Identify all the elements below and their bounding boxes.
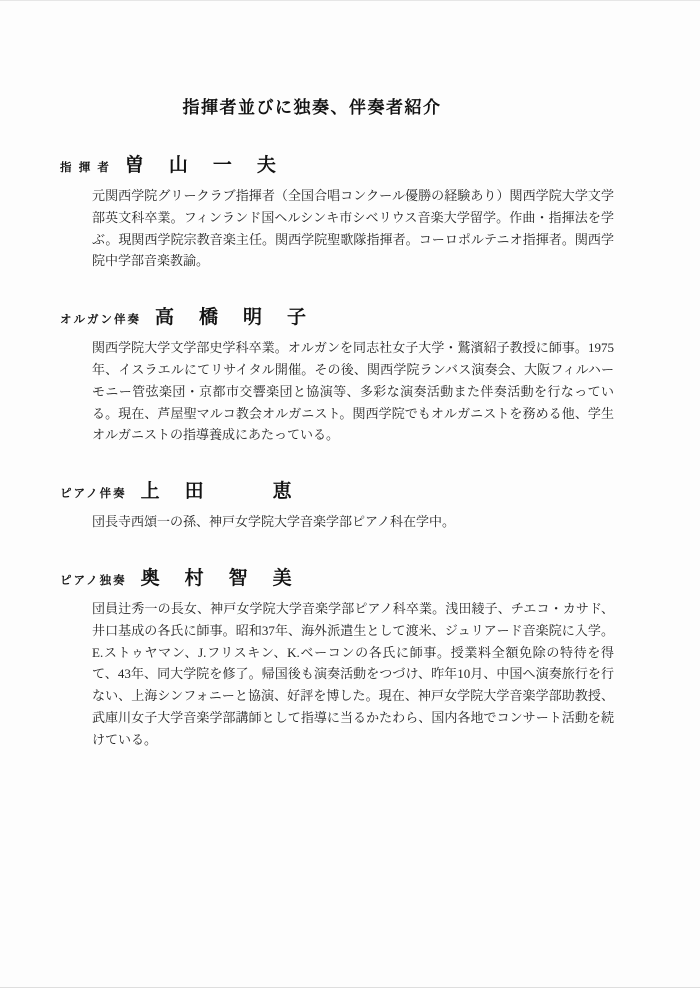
bio-piano-soloist: 団員辻秀一の長女、神戸女学院大学音楽学部ピアノ科卒業。浅田綾子、チエコ・カサド、… (92, 598, 614, 751)
person-name-takahashi-akiko: 高 橋 明 子 (155, 302, 309, 329)
section-piano-soloist: ピアノ独奏 奥 村 智 美 団員辻秀一の長女、神戸女学院大学音楽学部ピアノ科卒業… (60, 563, 640, 751)
section-conductor: 指 揮 者 曽 山 一 夫 元関西学院グリークラブ指揮者（全国合唱コンクール優勝… (60, 150, 640, 272)
bio-conductor: 元関西学院グリークラブ指揮者（全国合唱コンクール優勝の経験あり）関西学院大学文学… (92, 185, 614, 272)
page-title: 指揮者並びに独奏、伴奏者紹介 (60, 93, 564, 118)
role-label-conductor: 指 揮 者 (60, 159, 111, 175)
section-heading: オルガン伴奏 高 橋 明 子 (60, 302, 640, 329)
section-heading: ピアノ伴奏 上 田 恵 (60, 476, 640, 503)
section-organ-accompanist: オルガン伴奏 高 橋 明 子 関西学院大学文学部史学科卒業。オルガンを同志社女子… (60, 302, 640, 446)
person-name-okumura-tomomi: 奥 村 智 美 (141, 563, 295, 590)
role-label-piano-solo: ピアノ独奏 (60, 572, 127, 588)
role-label-organ: オルガン伴奏 (60, 311, 141, 327)
section-piano-accompanist: ピアノ伴奏 上 田 恵 団長寺西頌一の孫、神戸女学院大学音楽学部ピアノ科在学中。 (60, 476, 640, 533)
program-page: 指揮者並びに独奏、伴奏者紹介 指 揮 者 曽 山 一 夫 元関西学院グリークラブ… (0, 0, 700, 988)
bio-piano-accompanist: 団長寺西頌一の孫、神戸女学院大学音楽学部ピアノ科在学中。 (92, 511, 614, 533)
section-heading: 指 揮 者 曽 山 一 夫 (60, 150, 640, 177)
role-label-piano-accompaniment: ピアノ伴奏 (60, 485, 127, 501)
bio-organ-accompanist: 関西学院大学文学部史学科卒業。オルガンを同志社女子大学・鷲濱紹子教授に師事。19… (92, 337, 614, 446)
section-heading: ピアノ独奏 奥 村 智 美 (60, 563, 640, 590)
person-name-soyama-kazuo: 曽 山 一 夫 (125, 150, 279, 177)
person-name-ueda-megumi: 上 田 恵 (141, 476, 295, 503)
